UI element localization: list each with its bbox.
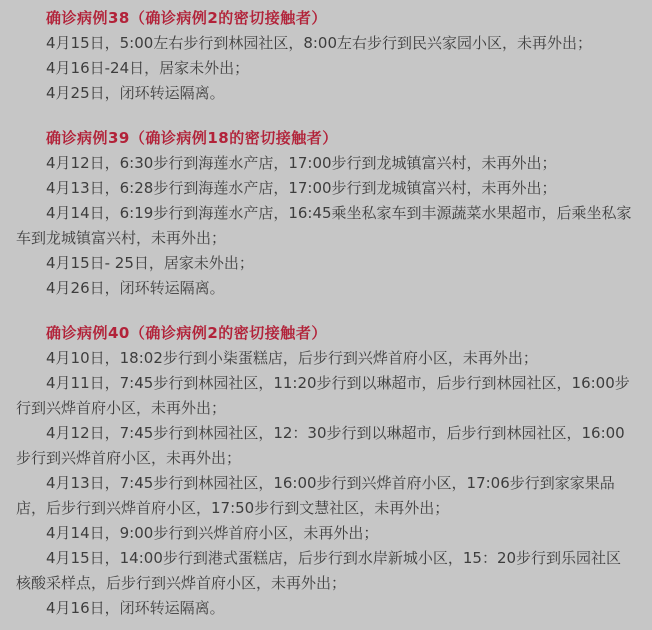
case-section: 确诊病例39（确诊病例18的密切接触者） 4月12日，6:30步行到海莲水产店，… [16,126,636,301]
itinerary-line: 4月25日，闭环转运隔离。 [16,81,636,106]
case-report-document: 确诊病例38（确诊病例2的密切接触者） 4月15日，5:00左右步行到林园社区，… [0,0,652,630]
itinerary-line: 4月10日，18:02步行到小柒蛋糕店，后步行到兴烨首府小区，未再外出； [16,346,636,371]
itinerary-line: 4月11日，7:45步行到林园社区，11:20步行到以琳超市，后步行到林园社区，… [16,371,636,421]
case-section: 确诊病例38（确诊病例2的密切接触者） 4月15日，5:00左右步行到林园社区，… [16,6,636,106]
case-title: 确诊病例40（确诊病例2的密切接触者） [16,321,636,346]
itinerary-line: 4月14日，6:19步行到海莲水产店，16:45乘坐私家车到丰源蔬菜水果超市，后… [16,201,636,251]
itinerary-line: 4月26日，闭环转运隔离。 [16,276,636,301]
itinerary-line: 4月16日-24日，居家未外出； [16,56,636,81]
itinerary-line: 4月15日- 25日，居家未外出； [16,251,636,276]
itinerary-line: 4月13日，6:28步行到海莲水产店，17:00步行到龙城镇富兴村，未再外出； [16,176,636,201]
itinerary-line: 4月15日，5:00左右步行到林园社区，8:00左右步行到民兴家园小区，未再外出… [16,31,636,56]
case-title: 确诊病例38（确诊病例2的密切接触者） [16,6,636,31]
itinerary-line: 4月12日，6:30步行到海莲水产店，17:00步行到龙城镇富兴村，未再外出； [16,151,636,176]
case-title: 确诊病例39（确诊病例18的密切接触者） [16,126,636,151]
itinerary-line: 4月12日，7:45步行到林园社区，12：30步行到以琳超市，后步行到林园社区，… [16,421,636,471]
case-section: 确诊病例40（确诊病例2的密切接触者） 4月10日，18:02步行到小柒蛋糕店，… [16,321,636,621]
itinerary-line: 4月16日，闭环转运隔离。 [16,596,636,621]
itinerary-line: 4月13日，7:45步行到林园社区，16:00步行到兴烨首府小区，17:06步行… [16,471,636,521]
itinerary-line: 4月14日，9:00步行到兴烨首府小区，未再外出； [16,521,636,546]
itinerary-line: 4月15日，14:00步行到港式蛋糕店，后步行到水岸新城小区，15：20步行到乐… [16,546,636,596]
